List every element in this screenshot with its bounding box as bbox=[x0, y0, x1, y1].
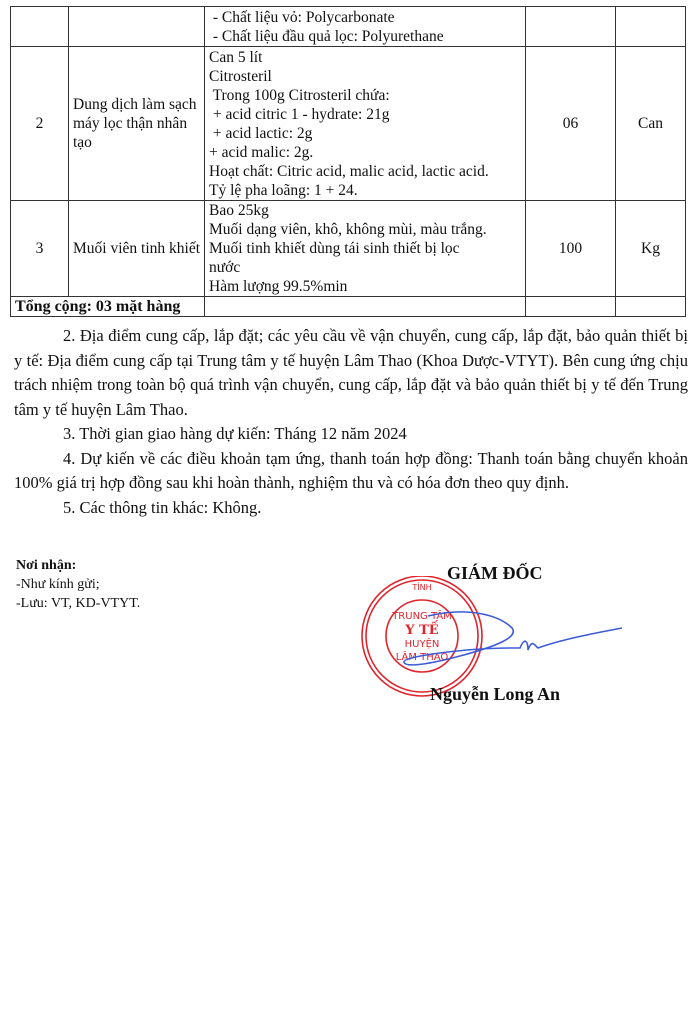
description-line: + acid lactic: 2g bbox=[209, 124, 521, 143]
item-name: Muối viên tinh khiết bbox=[69, 201, 205, 297]
paragraph-other-info: 5. Các thông tin khác: Không. bbox=[14, 496, 688, 521]
empty-cell bbox=[526, 297, 616, 317]
recipients-block: Nơi nhận: -Như kính gửi; -Lưu: VT, KD-VT… bbox=[16, 556, 140, 613]
signatory-name: Nguyễn Long An bbox=[430, 684, 560, 705]
empty-cell bbox=[616, 297, 686, 317]
item-number: 3 bbox=[11, 201, 69, 297]
item-name bbox=[69, 7, 205, 47]
body-paragraphs: 2. Địa điểm cung cấp, lắp đặt; các yêu c… bbox=[14, 324, 688, 520]
item-description: Bao 25kgMuối dạng viên, khô, không mùi, … bbox=[205, 201, 526, 297]
item-number bbox=[11, 7, 69, 47]
item-name: Dung dịch làm sạch máy lọc thận nhân tạo bbox=[69, 47, 205, 201]
recipient-item: -Như kính gửi; bbox=[16, 575, 140, 594]
item-quantity bbox=[526, 7, 616, 47]
item-quantity: 100 bbox=[526, 201, 616, 297]
svg-text:HUYỆN: HUYỆN bbox=[405, 637, 440, 650]
svg-text:TRUNG TÂM: TRUNG TÂM bbox=[391, 609, 452, 622]
description-line: Can 5 lít bbox=[209, 48, 521, 67]
item-description: Can 5 lítCitrosteril Trong 100g Citroste… bbox=[205, 47, 526, 201]
description-line: nước bbox=[209, 258, 521, 277]
item-unit bbox=[616, 7, 686, 47]
description-line: Trong 100g Citrosteril chứa: bbox=[209, 86, 521, 105]
paragraph-payment-terms: 4. Dự kiến về các điều khoản tạm ứng, th… bbox=[14, 447, 688, 496]
item-number: 2 bbox=[11, 47, 69, 201]
item-quantity: 06 bbox=[526, 47, 616, 201]
description-line: + acid malic: 2g. bbox=[209, 143, 521, 162]
description-line: Tỷ lệ pha loãng: 1 + 24. bbox=[209, 181, 521, 200]
empty-cell bbox=[205, 297, 526, 317]
table-row: - Chất liệu vỏ: Polycarbonate - Chất liệ… bbox=[11, 7, 686, 47]
svg-text:TỈNH: TỈNH bbox=[411, 581, 431, 592]
description-line: - Chất liệu đầu quả lọc: Polyurethane bbox=[209, 27, 521, 46]
table-row: 3Muối viên tinh khiếtBao 25kgMuối dạng v… bbox=[11, 201, 686, 297]
table-row: 2Dung dịch làm sạch máy lọc thận nhân tạ… bbox=[11, 47, 686, 201]
description-line: Hàm lượng 99.5%min bbox=[209, 277, 521, 296]
description-line: Muối dạng viên, khô, không mùi, màu trắn… bbox=[209, 220, 521, 239]
recipients-label: Nơi nhận: bbox=[16, 556, 140, 575]
total-label: Tổng cộng: 03 mặt hàng bbox=[11, 297, 205, 317]
description-line: + acid citric 1 - hydrate: 21g bbox=[209, 105, 521, 124]
total-row: Tổng cộng: 03 mặt hàng bbox=[11, 297, 686, 317]
description-line: - Chất liệu vỏ: Polycarbonate bbox=[209, 8, 521, 27]
item-description: - Chất liệu vỏ: Polycarbonate - Chất liệ… bbox=[205, 7, 526, 47]
recipient-item: -Lưu: VT, KD-VTYT. bbox=[16, 594, 140, 613]
description-line: Bao 25kg bbox=[209, 201, 521, 220]
item-unit: Kg bbox=[616, 201, 686, 297]
paragraph-delivery-time: 3. Thời gian giao hàng dự kiến: Tháng 12… bbox=[14, 422, 688, 447]
signatory-title: GIÁM ĐỐC bbox=[447, 563, 543, 584]
description-line: Hoạt chất: Citric acid, malic acid, lact… bbox=[209, 162, 521, 181]
description-line: Citrosteril bbox=[209, 67, 521, 86]
svg-text:Y TẾ: Y TẾ bbox=[404, 620, 438, 638]
item-unit: Can bbox=[616, 47, 686, 201]
description-line: Muối tinh khiết dùng tái sinh thiết bị l… bbox=[209, 239, 521, 258]
paragraph-delivery-location: 2. Địa điểm cung cấp, lắp đặt; các yêu c… bbox=[14, 324, 688, 422]
items-table: - Chất liệu vỏ: Polycarbonate - Chất liệ… bbox=[10, 6, 686, 317]
